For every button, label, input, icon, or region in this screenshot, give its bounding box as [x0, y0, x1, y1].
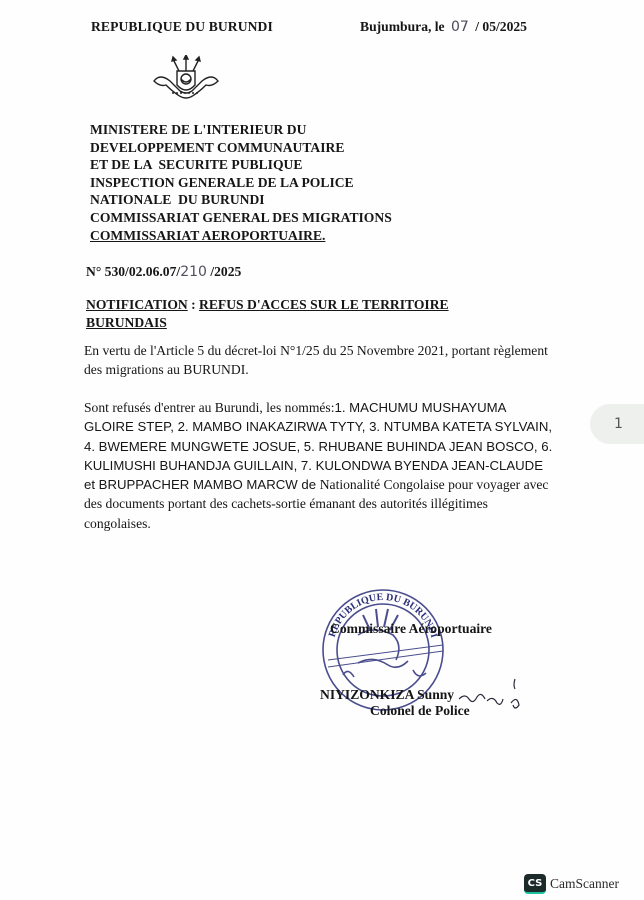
place-date: Bujumbura, le 07 / 05/2025: [360, 19, 527, 35]
camscanner-watermark: CS CamScanner: [524, 874, 619, 894]
ministry-line: INSPECTION GENERALE DE LA POLICE: [90, 174, 392, 192]
handwritten-day: 07: [448, 19, 472, 35]
ministry-line: ET DE LA SECURITE PUBLIQUE: [90, 156, 392, 174]
legal-basis-paragraph: En vertu de l'Article 5 du décret-loi N°…: [84, 342, 554, 379]
handwritten-reference: 210: [180, 264, 207, 280]
signatory-title: Commissaire Aéroportuaire: [330, 621, 492, 637]
camscanner-logo-icon: CS: [524, 874, 546, 894]
signatory-rank: Colonel de Police: [370, 703, 470, 719]
ministry-line: NATIONALE DU BURUNDI: [90, 191, 392, 209]
ministry-block: MINISTERE DE L'INTERIEUR DU DEVELOPPEMEN…: [90, 121, 392, 244]
scanned-document-page: REPUBLIQUE DU BURUNDI Bujumbura, le 07 /…: [0, 0, 644, 900]
reference-prefix: N° 530/02.06.07/: [86, 264, 180, 279]
subject-label: NOTIFICATION: [86, 297, 188, 312]
refusal-paragraph: Sont refusés d'entrer au Burundi, les no…: [84, 398, 554, 533]
month-year: / 05/2025: [475, 19, 527, 34]
ministry-line-office: COMMISSARIAT AEROPORTUAIRE.: [90, 227, 392, 245]
page-number-badge[interactable]: 1: [590, 404, 644, 444]
country-heading: REPUBLIQUE DU BURUNDI: [91, 19, 273, 35]
ministry-line: DEVELOPPEMENT COMMUNAUTAIRE: [90, 139, 392, 157]
ministry-line: MINISTERE DE L'INTERIEUR DU: [90, 121, 392, 139]
place-date-prefix: Bujumbura, le: [360, 19, 445, 34]
reference-number: N° 530/02.06.07/210 /2025: [86, 264, 241, 280]
signatory-name: NIYIZONKIZA Sunny: [320, 687, 454, 703]
camscanner-text: CamScanner: [550, 876, 619, 892]
burundi-coat-of-arms-icon: [150, 55, 222, 103]
ministry-line: COMMISSARIAT GENERAL DES MIGRATIONS: [90, 209, 392, 227]
subject-separator: :: [188, 297, 199, 312]
reference-suffix: /2025: [207, 264, 241, 279]
refusal-intro: Sont refusés d'entrer au Burundi, les no…: [84, 400, 335, 415]
subject-line: NOTIFICATION : REFUS D'ACCES SUR LE TERR…: [86, 296, 526, 332]
